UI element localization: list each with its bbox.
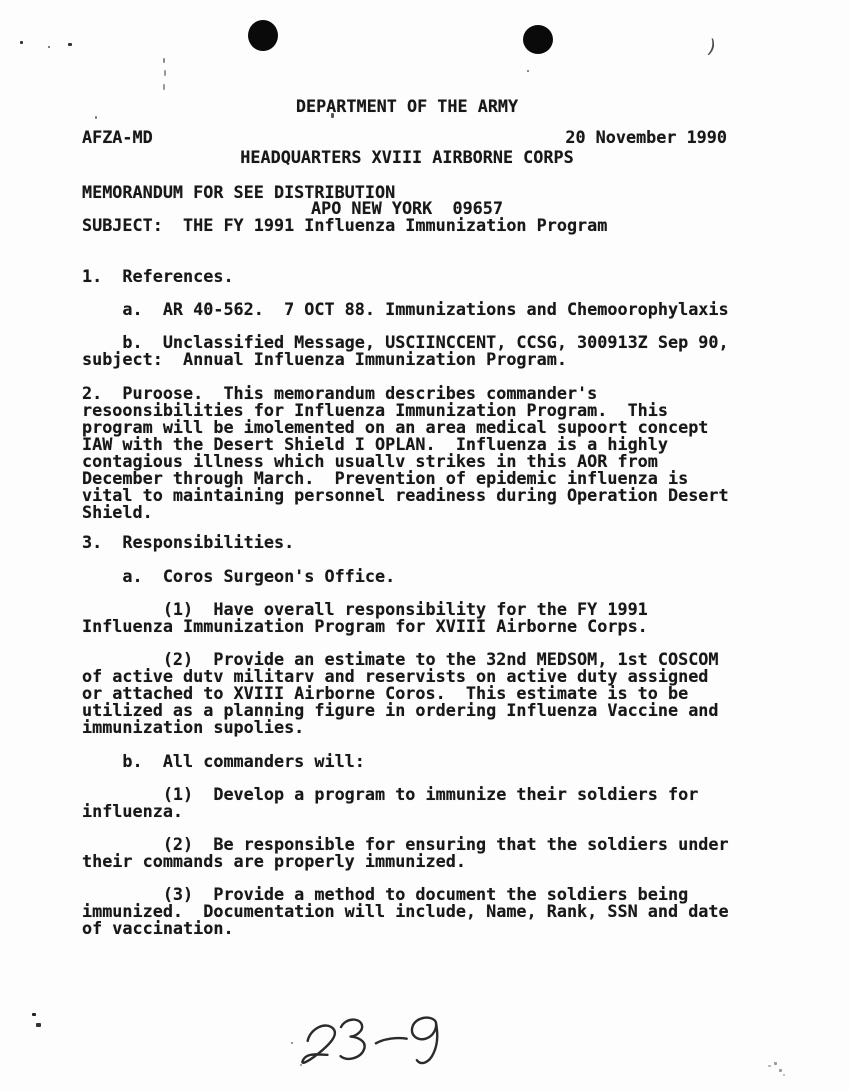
scan-speck (163, 58, 165, 63)
scan-speck (36, 1023, 41, 1027)
scan-speck (68, 43, 72, 46)
scan-speck (331, 113, 334, 118)
scan-speck (779, 1069, 782, 1072)
subject-line: SUBJECT: THE FY 1991 Influenza Immunizat… (82, 217, 607, 234)
scan-speck (768, 1065, 771, 1067)
office-date-row: AFZA-MD 20 November 1990 (82, 129, 727, 146)
scan-speck (291, 1042, 293, 1044)
scan-paren-mark: ) (705, 35, 718, 58)
hole-punch-right (523, 25, 553, 54)
scan-speck (774, 1062, 777, 1065)
scan-speck (783, 1074, 785, 1076)
scan-speck (32, 1013, 36, 1016)
paragraph-3b3-document-soldiers: (3) Provide a method to document the sol… (82, 886, 729, 937)
scan-speck (95, 116, 97, 119)
memorandum-for-line: MEMORANDUM FOR SEE DISTRIBUTION (82, 184, 395, 201)
paragraph-3a1-overall-responsibility: (1) Have overall responsibility for the … (82, 601, 648, 635)
paragraph-1b-reference-message: b. Unclassified Message, USCIINCCENT, CC… (82, 334, 729, 368)
scan-speck (163, 84, 165, 90)
paragraph-3a-corps-surgeon: a. Coros Surgeon's Office. (82, 568, 395, 585)
scan-speck (20, 41, 23, 44)
paragraph-1-references: 1. References. (82, 268, 234, 285)
paragraph-2-purpose: 2. Puroose. This memorandum describes co… (82, 385, 729, 521)
scan-speck (164, 70, 166, 76)
paragraph-3b2-ensure-immunized: (2) Be responsible for ensuring that the… (82, 836, 729, 870)
paragraph-3b1-develop-program: (1) Develop a program to immunize their … (82, 786, 698, 820)
scan-speck (300, 1064, 302, 1066)
letterhead-department: DEPARTMENT OF THE ARMY (0, 98, 832, 115)
scan-speck (48, 46, 50, 48)
memo-page: ) DEPARTMENT OF THE ARMY HEADQUARTERS XV… (0, 0, 850, 1091)
scan-speck (527, 70, 529, 72)
memo-date: 20 November 1990 (565, 129, 727, 146)
paragraph-3a2-provide-estimate: (2) Provide an estimate to the 32nd MEDS… (82, 651, 719, 736)
hole-punch-left (248, 20, 278, 51)
letterhead-headquarters: HEADQUARTERS XVIII AIRBORNE CORPS (0, 149, 832, 166)
paragraph-1a-reference-ar: a. AR 40-562. 7 OCT 88. Immunizations an… (82, 301, 729, 318)
paragraph-3b-all-commanders: b. All commanders will: (82, 753, 365, 770)
paragraph-3-responsibilities: 3. Responsibilities. (82, 534, 294, 551)
office-symbol: AFZA-MD (82, 129, 153, 146)
handwriting-stroke-art (282, 1005, 480, 1085)
handwritten-page-number: 23-9 (282, 1005, 480, 1085)
